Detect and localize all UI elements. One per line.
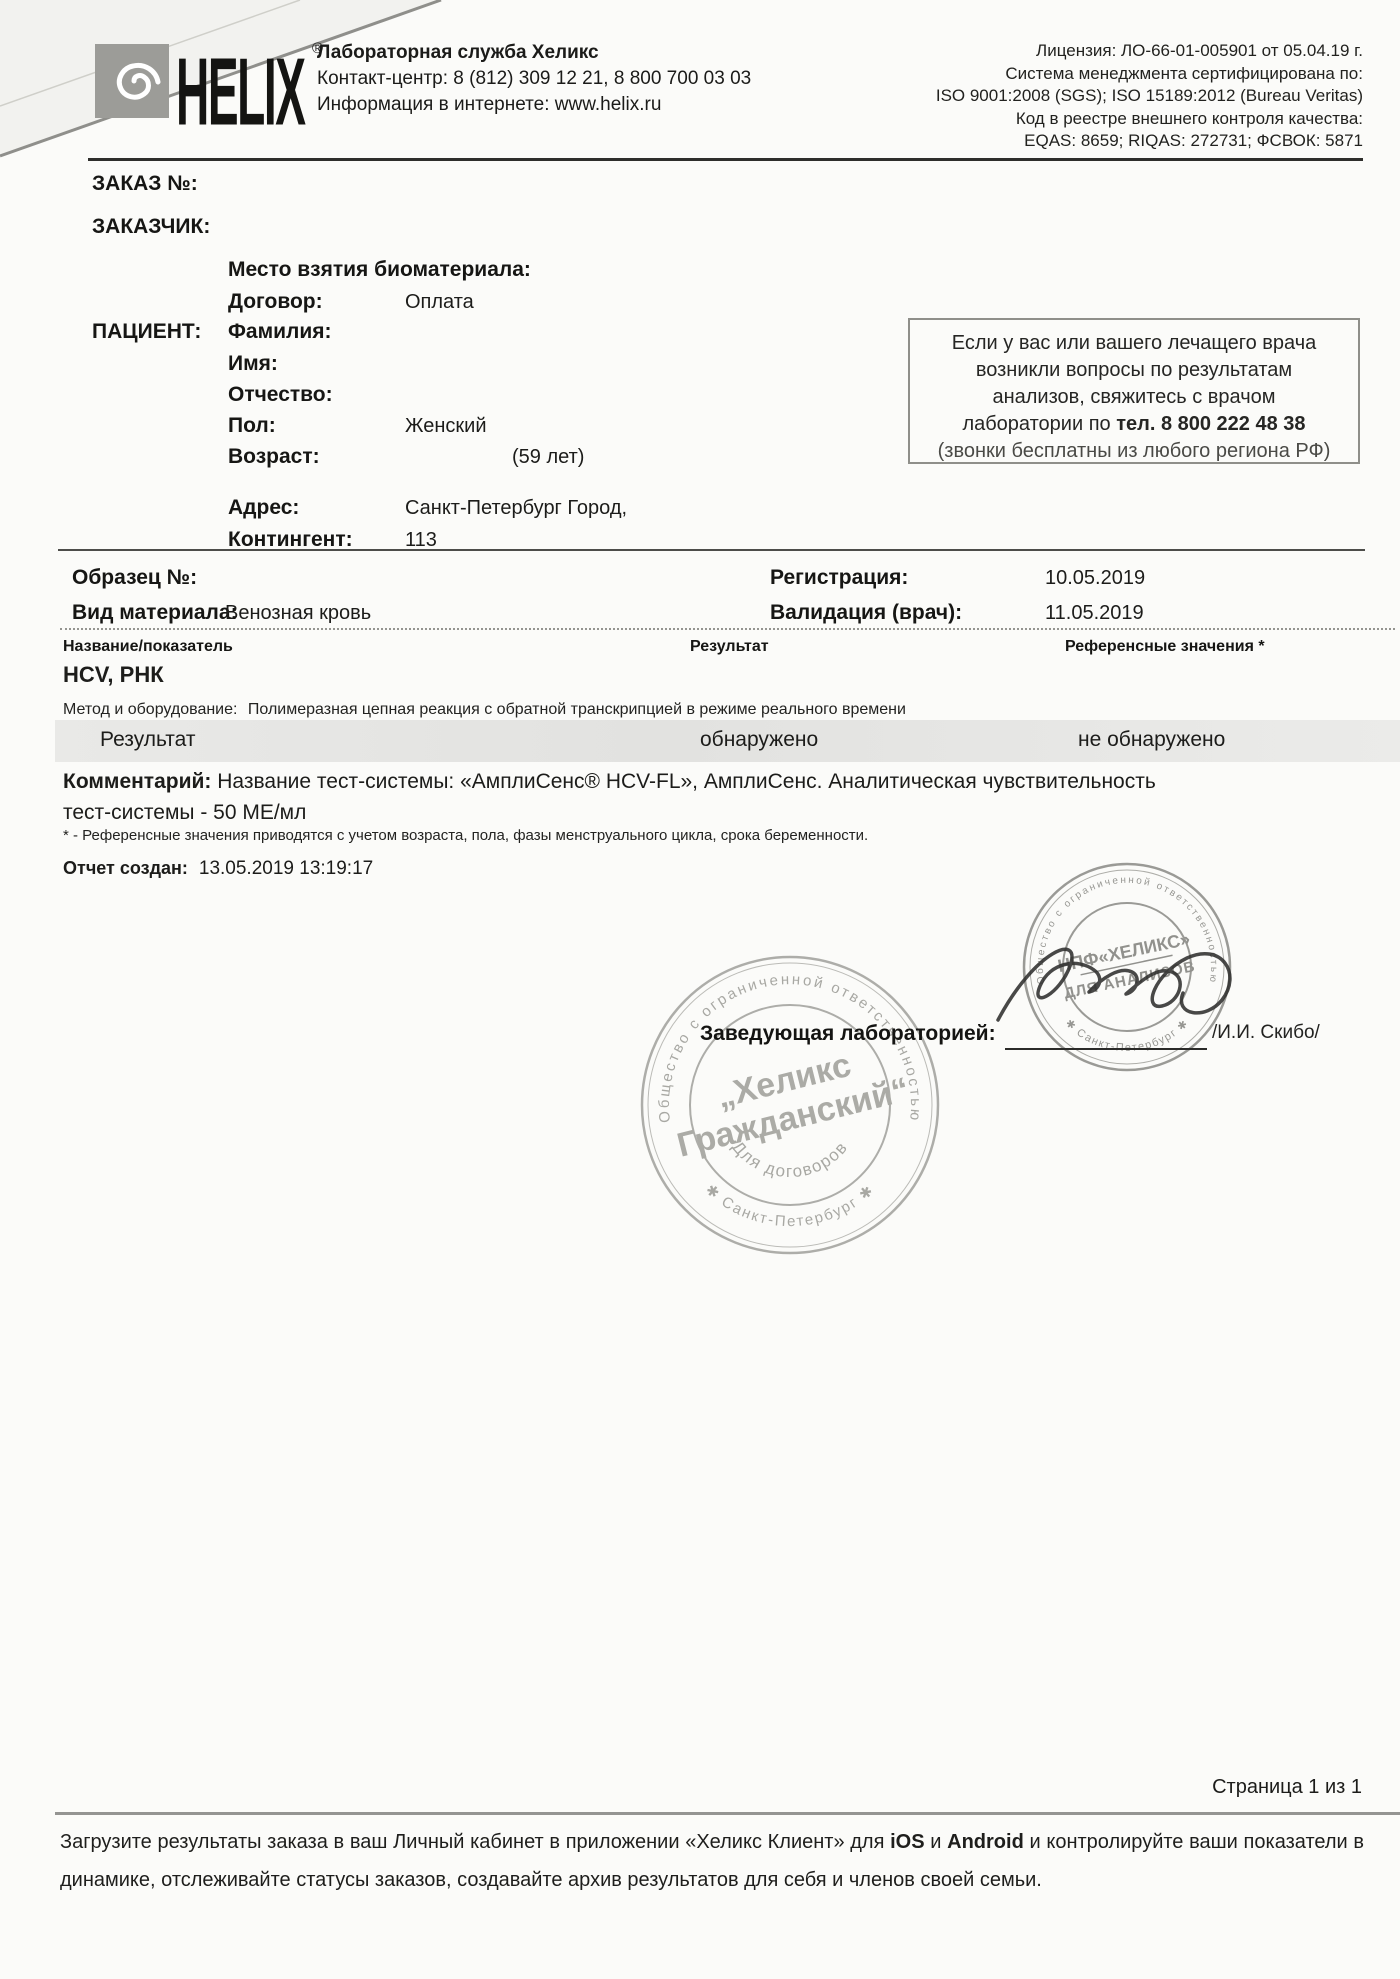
customer-label: ЗАКАЗЧИК:	[92, 215, 210, 239]
biomaterial-place-label: Место взятия биоматериала:	[228, 258, 531, 282]
contact-center-line: Контакт-центр: 8 (812) 309 12 21, 8 800 …	[317, 66, 751, 92]
header-divider	[88, 158, 1363, 161]
info-line-free-calls: (звонки бесплатны из любого региона РФ)	[910, 438, 1358, 465]
report-created-value: 13.05.2019 13:19:17	[199, 858, 373, 879]
info-line: лаборатории по тел. 8 800 222 48 38	[910, 411, 1358, 438]
stamp-center-line1: „Хеликс	[713, 1046, 855, 1116]
sample-section-divider	[58, 549, 1365, 551]
footer-part2: и	[925, 1831, 948, 1853]
comment-line-1: Комментарий: Название тест-системы: «Амп…	[63, 770, 1156, 794]
page-indicator: Страница 1 из 1	[1212, 1776, 1362, 1799]
age-value: (59 лет)	[512, 446, 584, 469]
address-label: Адрес:	[228, 496, 299, 520]
test-name: HCV, РНК	[63, 662, 164, 688]
comment-label: Комментарий:	[63, 770, 211, 793]
lab-questions-info-box: Если у вас или вашего лечащего врача воз…	[908, 318, 1360, 464]
contract-value: Оплата	[405, 291, 474, 314]
license-line: ISO 9001:2008 (SGS); ISO 15189:2012 (Bur…	[936, 85, 1363, 108]
sample-number-label: Образец №:	[72, 566, 197, 590]
stamp-inner-arc-text: Для договоров	[728, 1137, 851, 1181]
stamp-ring-top-text: Общество с ограниченной ответственностью	[1034, 875, 1219, 985]
age-label: Возраст:	[228, 445, 320, 469]
report-created-line: Отчет создан: 13.05.2019 13:19:17	[63, 858, 373, 880]
result-row-reference: не обнаружено	[1078, 728, 1225, 752]
order-number-label: ЗАКАЗ №:	[92, 172, 198, 196]
stamp-center-line2: ДЛЯ АНАЛИЗОВ	[1063, 958, 1197, 1002]
stamp-center-line2: Гражданский“	[673, 1070, 913, 1164]
lab-phone-number: тел. 8 800 222 48 38	[1116, 413, 1305, 435]
firstname-label: Имя:	[228, 352, 278, 376]
signature-underline	[1005, 1020, 1207, 1050]
column-header-name: Название/показатель	[63, 638, 233, 656]
address-value: Санкт-Петербург Город,	[405, 497, 627, 520]
company-round-stamp: Общество с ограниченной ответственностью…	[630, 945, 950, 1265]
registration-label: Регистрация:	[770, 566, 908, 590]
comment-text: Название тест-системы: «АмплиСенс® HCV-F…	[211, 770, 1155, 793]
method-line: Метод и оборудование: Полимеразная цепна…	[63, 701, 906, 719]
report-created-label: Отчет создан:	[63, 858, 188, 878]
license-line: EQAS: 8659; RIQAS: 272731; ФСВОК: 5871	[936, 130, 1363, 153]
lab-head-name: /И.И. Скибо/	[1212, 1022, 1320, 1044]
footer-ios: iOS	[890, 1831, 924, 1853]
info-line: Если у вас или вашего лечащего врача	[910, 330, 1358, 357]
result-row: Результат обнаружено не обнаружено	[55, 720, 1400, 762]
info-line: анализов, свяжитесь с врачом	[910, 384, 1358, 411]
validation-label: Валидация (врач):	[770, 601, 962, 625]
svg-text:Для договоров: Для договоров	[728, 1137, 851, 1181]
footer-note: Загрузите результаты заказа в ваш Личный…	[60, 1824, 1364, 1899]
helix-logotype: HELIX	[176, 36, 304, 147]
svg-text:Общество с ограниченной ответс: Общество с ограниченной ответственностью	[1034, 875, 1219, 985]
footer-part1: Загрузите результаты заказа в ваш Личный…	[60, 1831, 890, 1853]
lab-head-label: Заведующая лабораторией:	[700, 1022, 996, 1046]
method-label: Метод и оборудование:	[63, 701, 237, 718]
sex-label: Пол:	[228, 414, 276, 438]
column-header-result: Результат	[690, 638, 769, 656]
svg-text:Общество с ограниченной ответс: Общество с ограниченной ответственностью	[656, 971, 924, 1123]
license-line: Лицензия: ЛО-66-01-005901 от 05.04.19 г.	[936, 40, 1363, 63]
patient-section-label: ПАЦИЕНТ:	[92, 320, 201, 344]
result-row-value: обнаружено	[700, 728, 818, 752]
website-line: Информация в интернете: www.helix.ru	[317, 92, 751, 118]
surname-label: Фамилия:	[228, 320, 332, 344]
material-label: Вид материала:	[72, 601, 238, 625]
lab-report-page: HELIX ® Лабораторная служба Хеликс Конта…	[0, 0, 1400, 1979]
result-row-name: Результат	[100, 728, 196, 752]
comment-line-2: тест-системы - 50 МЕ/мл	[63, 801, 306, 825]
info-line: возникли вопросы по результатам	[910, 357, 1358, 384]
contract-label: Договор:	[228, 290, 323, 314]
material-value: Венозная кровь	[225, 602, 371, 625]
svg-text:✱ Санкт-Петербург ✱: ✱ Санкт-Петербург ✱	[702, 1181, 878, 1230]
info-phone-prefix: лаборатории по	[962, 413, 1116, 435]
license-block: Лицензия: ЛО-66-01-005901 от 05.04.19 г.…	[936, 40, 1363, 153]
stamp-center-line1: НПФ«ХЕЛИКС»	[1056, 929, 1192, 977]
license-line: Система менеджмента сертифицирована по:	[936, 63, 1363, 86]
stamp-ring-top-text: Общество с ограниченной ответственностью	[656, 971, 924, 1123]
helix-spiral-icon	[95, 44, 169, 118]
registration-date: 10.05.2019	[1045, 567, 1145, 590]
reference-footnote: * - Референсные значения приводятся с уч…	[63, 827, 868, 844]
lab-name: Лабораторная служба Хеликс	[317, 40, 751, 66]
license-line: Код в реестре внешнего контроля качества…	[936, 108, 1363, 131]
method-value: Полимеразная цепная реакция с обратной т…	[248, 701, 906, 718]
footer-android: Android	[947, 1831, 1024, 1853]
lab-contact-block: Лабораторная служба Хеликс Контакт-центр…	[317, 40, 751, 118]
footer-divider	[55, 1812, 1400, 1815]
stamp-ring-bottom-text: ✱ Санкт-Петербург ✱	[702, 1181, 878, 1230]
validation-date: 11.05.2019	[1045, 602, 1144, 625]
column-header-reference: Референсные значения *	[1065, 638, 1265, 656]
patronymic-label: Отчество:	[228, 383, 333, 407]
sex-value: Женский	[405, 415, 486, 438]
dotted-divider	[60, 628, 1395, 630]
